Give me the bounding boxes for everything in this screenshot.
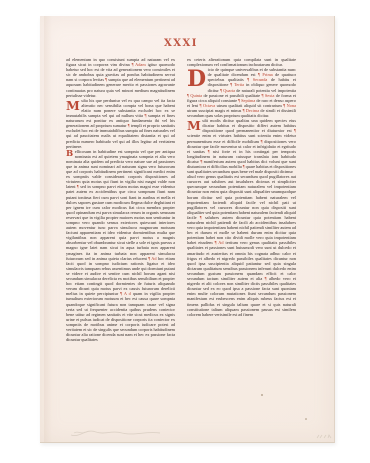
body-text: albedo vero et nigredo et alii colores n…: [187, 276, 296, 317]
text-block: aliud vero genus qualitatis est secundum…: [187, 174, 296, 317]
body-text: ellicosum in habitudine est sompnia vel …: [66, 149, 175, 190]
body-text: sed in sompno parvi etiam motus magni es…: [66, 184, 175, 260]
rubric-initial-b: B: [66, 149, 73, 159]
text-block: Multa his que perduntur vel ex qua campo…: [66, 98, 175, 149]
foxing-spot: [261, 394, 263, 396]
body-text: tertium vero genus qualitatis passibiles…: [187, 240, 296, 281]
page-number: XXXI: [66, 38, 296, 50]
manuscript-page: XXXI ad elementum in quo consistunt sump…: [40, 16, 335, 443]
text-block: Bellicosum in habitudine est sompnia vel…: [66, 149, 175, 343]
pencil-inscription-icon: [68, 420, 163, 440]
rubric-initial-d: D: [187, 67, 206, 92]
body-text: aliud vero genus qualitatis est secundum…: [187, 174, 296, 220]
foxing-spot: [305, 418, 307, 420]
text-block: ad elementum in quo consistunt sumpta ad…: [66, 57, 175, 98]
body-text: hoc etiam facit quod in sompno iudicium …: [66, 256, 175, 297]
text-column-left: ad elementum in quo consistunt sumpta ad…: [66, 57, 175, 363]
text-column-right: ex ceteris alterationum quia compilata s…: [187, 57, 296, 363]
pencil-inscription-icon: [316, 433, 336, 440]
text-block: Dicto de quinque universalibus et de sub…: [187, 67, 296, 118]
rubric-initial-m: M: [66, 98, 80, 113]
text-block: Multi modis dicitur qualitas una quidem …: [187, 118, 296, 174]
text-area: ad elementum in quo consistunt sumpta ad…: [66, 57, 296, 363]
rubric-initial-m: M: [187, 118, 201, 133]
body-text: quam in vigilia propter tumultum exterio…: [66, 291, 175, 342]
body-text: ulti modis dicitur qualitas una quidem s…: [202, 118, 296, 133]
